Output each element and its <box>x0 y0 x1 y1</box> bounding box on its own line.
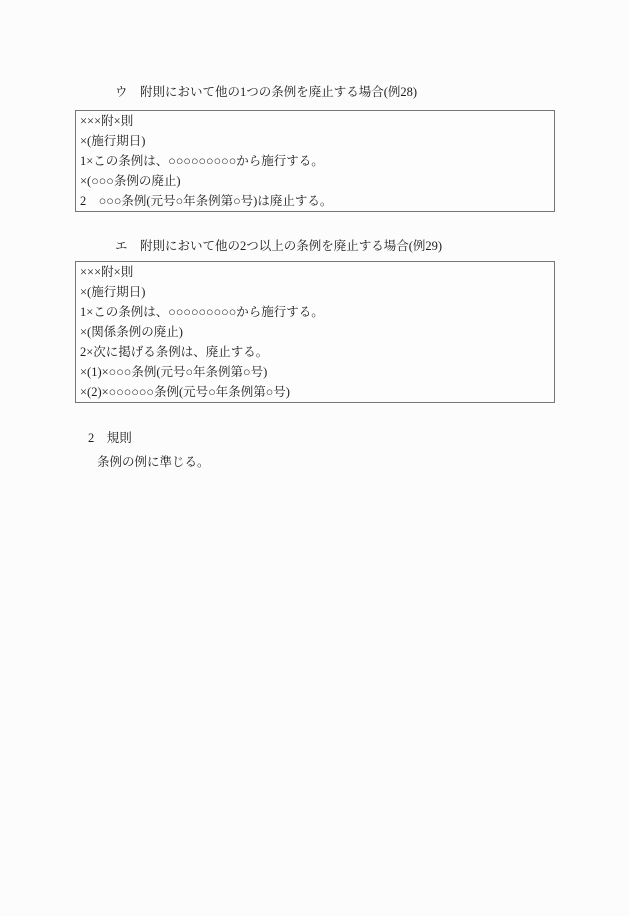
box-line: ×××附×則 <box>80 111 550 131</box>
rules-item-body: 条例の例に準じる。 <box>97 452 210 470</box>
rules-item-heading: 2 規則 <box>88 428 132 446</box>
box-line: ×(関係条例の廃止) <box>80 322 550 342</box>
box-line: 1×この条例は、○○○○○○○○○から施行する。 <box>80 302 550 322</box>
document-page: ウ 附則において他の1つの条例を廃止する場合(例28) ×××附×則 ×(施行期… <box>0 0 630 916</box>
box-line: ×××附×則 <box>80 262 550 282</box>
example-box-28: ×××附×則 ×(施行期日) 1×この条例は、○○○○○○○○○から施行する。 … <box>75 110 555 212</box>
box-line: 2×次に掲げる条例は、廃止する。 <box>80 342 550 362</box>
section-heading-example-28: ウ 附則において他の1つの条例を廃止する場合(例28) <box>115 84 417 100</box>
box-line: ×(施行期日) <box>80 282 550 302</box>
box-line: ×(2)×○○○○○○条例(元号○年条例第○号) <box>80 382 550 402</box>
box-line: ×(1)×○○○条例(元号○年条例第○号) <box>80 362 550 382</box>
box-line: 1×この条例は、○○○○○○○○○から施行する。 <box>80 151 550 171</box>
section-heading-example-29: エ 附則において他の2つ以上の条例を廃止する場合(例29) <box>115 238 442 254</box>
box-line: 2 ○○○条例(元号○年条例第○号)は廃止する。 <box>80 191 550 211</box>
example-box-29: ×××附×則 ×(施行期日) 1×この条例は、○○○○○○○○○から施行する。 … <box>75 261 555 403</box>
box-line: ×(○○○条例の廃止) <box>80 171 550 191</box>
box-line: ×(施行期日) <box>80 131 550 151</box>
